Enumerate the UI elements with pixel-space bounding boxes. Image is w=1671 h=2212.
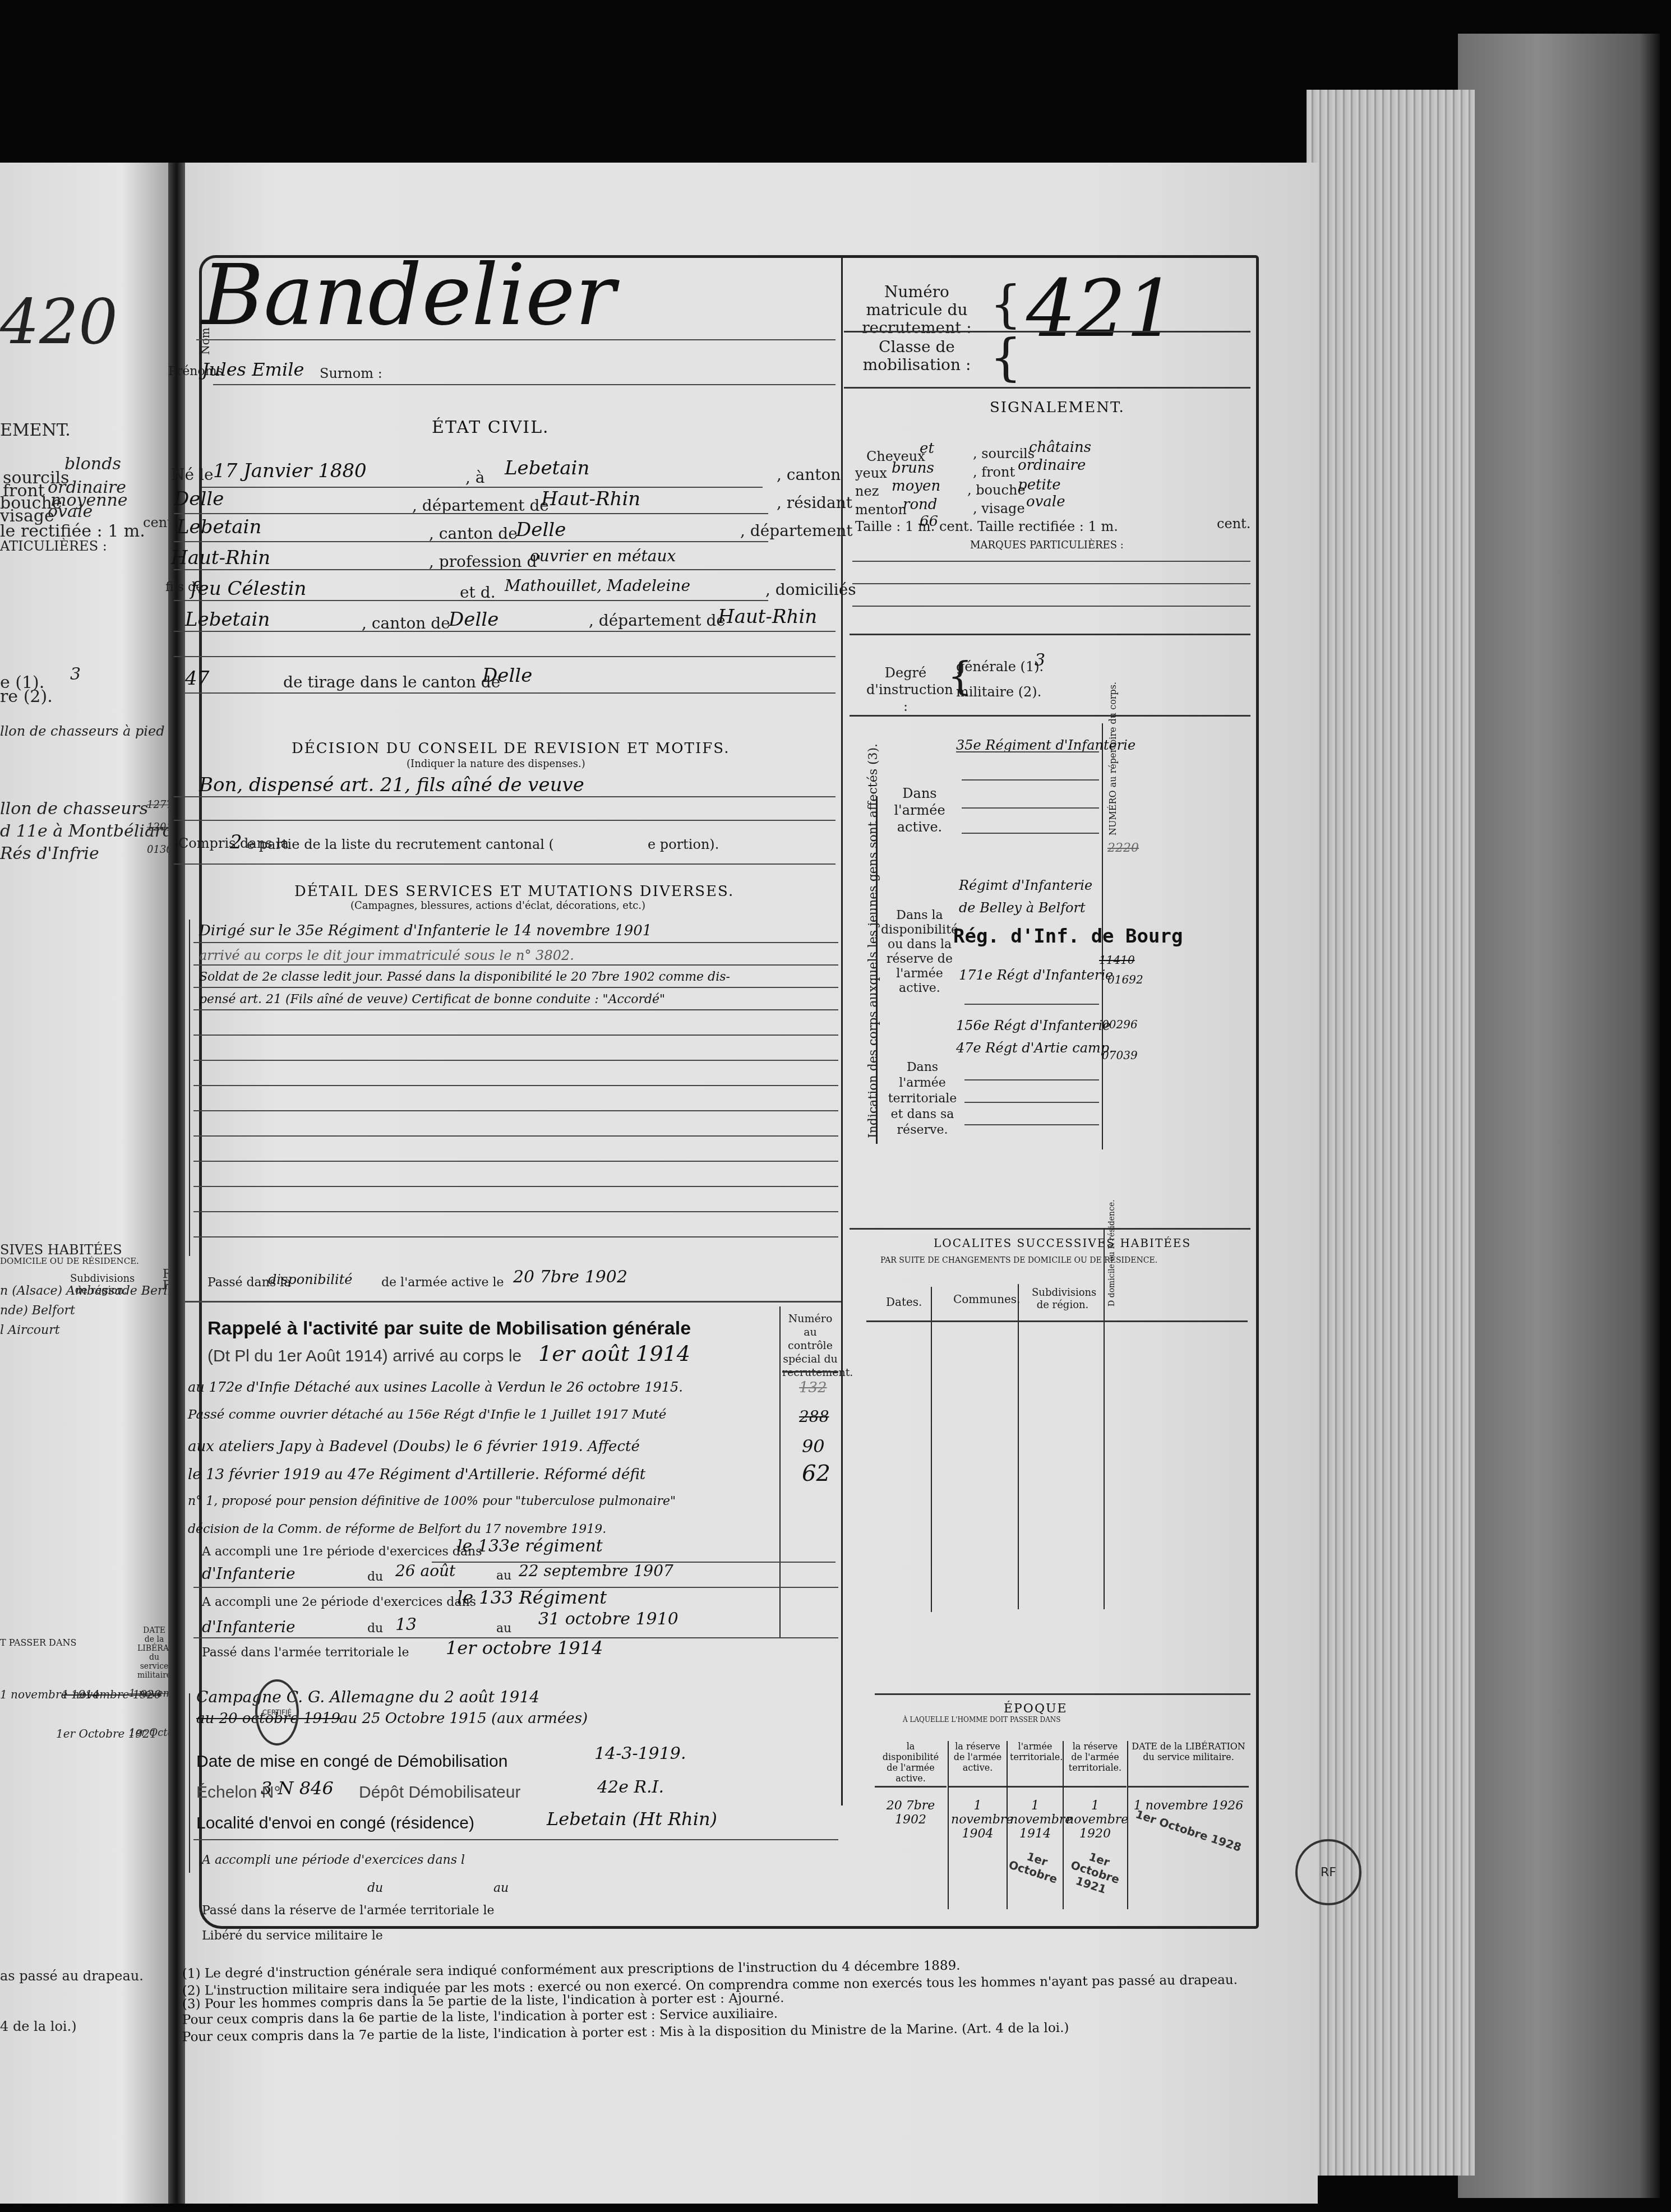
service-line: pensé art. 21 (Fils aîné de veuve) Certi… [199,992,665,1006]
controle-value: 132 [799,1379,827,1396]
territoriale-date: 1er octobre 1914 [446,1637,603,1659]
field-line [964,1004,1099,1005]
left-footnote: 4 de la loi.) [0,2019,77,2034]
menton-value: rond [903,496,937,513]
rappel-line2-print: (Dt Pl du 1er Août 1914) arrivé au corps… [207,1347,521,1366]
tirage-canton: Delle [482,664,532,687]
instruction-label: Degré d'instruction : [866,664,945,715]
field-line [174,513,768,514]
left-corps-line: llon de chasseurs [0,799,148,819]
canton-de-label: , canton de [362,614,450,632]
etat-civil-heading: ÉTAT CIVIL. [432,418,550,437]
passe-dispo-word: disponibilité [268,1272,353,1287]
demob-label: Date de mise en congé de Démobilisation [196,1752,507,1771]
epoque-column: la disponibilité de l'armée active.20 7b… [875,1741,947,1909]
field-line [852,606,1250,607]
rf-stamp: RF [1295,1839,1361,1905]
field-line [193,987,838,988]
matricule-divider [844,331,1250,333]
front-label: , front [973,464,1015,480]
struck-number: 2220 [1107,841,1139,855]
epoque-column-value: 1 novembre 1920 [1064,1799,1127,1841]
left-localites-sub: DOMICILE OU DE RÉSIDENCE. [0,1256,139,1266]
periode1-label: A accompli une 1re période d'exercices d… [202,1545,482,1559]
conseil-heading: DÉCISION DU CONSEIL DE REVISION ET MOTIF… [292,740,730,757]
epoque-heading: ÉPOQUE [1004,1702,1068,1716]
field-line [852,561,1250,562]
left-localite-row: nde) Belfort [0,1304,75,1318]
depot-value: 42e R.I. [597,1777,664,1797]
periode2-corps: le 133 Régiment [457,1587,607,1608]
conseil-decision: Bon, dispensé art. 21, fils aîné de veuv… [199,774,584,796]
field-line [202,487,763,488]
birth-date: 17 Janvier 1880 [213,460,367,482]
services-margin-line [189,920,190,1256]
localites-col-divider [1104,1228,1105,1609]
services-heading: DÉTAIL DES SERVICES ET MUTATIONS DIVERSE… [294,883,734,900]
epoque-top-rule [875,1693,1250,1695]
instruction-generale-label: générale (1). [956,659,1044,675]
field-line [193,1135,838,1137]
section-divider [850,1228,1250,1230]
field-line [193,1236,838,1237]
register-cover [1458,34,1660,2198]
domicilies-label: , domiciliés [765,580,856,599]
rappel-line: n° 1, proposé pour pension définitive de… [188,1494,676,1508]
territoriale-label: Passé dans l'armée territoriale le [202,1646,409,1660]
field-line [193,1110,838,1111]
periode-vide-au: au [493,1881,509,1895]
surnom-label: Surnom : [320,366,382,381]
prenoms-value: Jules Emile [202,359,304,380]
localite-value: Lebetain (Ht Rhin) [547,1808,717,1830]
rappel-line: décision de la Comm. de réforme de Belfo… [188,1522,606,1536]
tirage-label: de tirage dans le canton de [283,673,500,691]
reserve-terr-label: Passé dans la réserve de l'armée territo… [202,1904,495,1918]
periode2-au: au [496,1622,511,1636]
service-line: arrivé au corps le dit jour immatriculé … [199,948,574,963]
taille-rect-label: cent. Taille rectifiée : 1 m. [939,519,1118,534]
marques-label: MARQUES PARTICULIÈRES : [970,539,1124,551]
epoque-column-label: la réserve de l'armée active. [949,1741,1007,1788]
echelon-value: 3 N 846 [261,1777,334,1799]
periode-vide-du: du [367,1881,383,1895]
field-line [193,964,838,966]
parents-dept: Haut-Rhin [718,606,817,628]
rf-stamp-text: RF [1321,1865,1336,1879]
field-line [193,1085,838,1086]
campagne-line1: Campagne C. G. Allemagne du 2 août 1914 [196,1688,539,1706]
periode2-corps-line2: d'Infanterie [202,1618,296,1636]
left-passer-dans: T PASSER DANS [0,1637,76,1648]
field-line [964,1124,1099,1125]
rappel-title: Rappelé à l'activité par suite de Mobili… [207,1318,691,1340]
field-line [962,807,1099,809]
epoque-column-label: la disponibilité de l'armée active. [875,1741,947,1788]
periode1-from: 26 août [395,1562,455,1580]
controle-header: Numéro au contrôle spécial du recrutemen… [782,1312,838,1379]
cheveux-value: et [920,440,934,457]
field-line [193,942,838,943]
periode1-to: 22 septembre 1907 [519,1562,673,1580]
section-divider [850,634,1250,635]
field-line [193,1839,838,1840]
departement-label: , département [740,521,853,540]
field-line [962,833,1099,834]
active-label: Dans l'armée active. [883,785,956,835]
localites-header-rule [866,1320,1248,1322]
periode1-corps-line2: d'Infanterie [202,1564,296,1583]
father-name: feu Célestin [191,578,306,600]
epoque-column-label: DATE de la LIBÉRATION du service militai… [1128,1741,1249,1788]
residant-label: , résidant [777,493,852,512]
periode2-to: 31 octobre 1910 [538,1609,678,1629]
canton-label: , canton [777,465,841,484]
demob-date: 14-3-1919. [594,1744,686,1763]
periode1-du: du [367,1570,383,1584]
epoque-column: la réserve de l'armée active.1 novembre … [948,1741,1007,1909]
epoque-subheading: À LAQUELLE L'HOMME DOIT PASSER DANS [903,1716,1061,1724]
field-line [193,1060,838,1061]
cent-label: cent. [1217,516,1250,532]
visage-label: , visage [973,501,1025,516]
residence-dept: Haut-Rhin [171,547,270,569]
controle-rule [782,1371,838,1373]
left-sourcils: blonds [64,454,121,474]
rappel-line: aux ateliers Japy à Badevel (Doubs) le 6… [188,1438,640,1455]
field-line [174,569,835,570]
left-localite-row: n (Alsace) Ambassade Berlin [0,1284,179,1298]
mother-label: et d. [460,583,496,602]
service-line: Soldat de 2e classe ledit jour. Passé da… [199,970,730,984]
residence-canton: Delle [516,519,566,541]
bouche-label: , bouche [967,482,1026,498]
field-line [852,583,1250,584]
matricule-brace: { [990,275,1022,334]
rappel-line: Passé comme ouvrier détaché au 156e Régt… [188,1407,666,1422]
passe-dispo-date: 20 7bre 1902 [513,1267,627,1287]
localites-col-divider [1018,1284,1019,1609]
menton-label: menton [855,502,907,518]
periode2-du: du [367,1622,383,1636]
field-line [174,656,835,657]
passe-dispo-mid: de l'armée active le [381,1276,504,1290]
field-line [193,1161,838,1162]
controle-value: 62 [802,1461,830,1486]
left-date-lib-header: DATE de la LIBÉRATION du service militai… [137,1626,171,1680]
compris-rest: e partie de la liste du recrutement cant… [247,837,554,852]
classe-divider [844,387,1250,389]
localites-dr-header: D domicile ou R résidence. [1107,1199,1116,1306]
field-line [174,863,835,865]
dispo-corps: 171e Régt d'Infanterie [959,967,1113,983]
stamp-text: CERTIFIÉ [262,1708,292,1716]
profession-label: , profession d' [429,552,541,571]
yeux-label: yeux [855,465,887,481]
rappel-line: le 13 février 1919 au 47e Régiment d'Art… [188,1466,645,1483]
parents-canton: Delle [449,608,498,631]
canton-de-label: , canton de [429,524,518,543]
periode1-au: au [496,1569,511,1583]
terr-corps: 47e Régt d'Artie camp. [956,1040,1114,1056]
localites-col-dates: Dates. [886,1295,922,1309]
terr-number: 00296 [1102,1018,1138,1031]
campagne-line2: au 25 Octobre 1915 (aux armées) [339,1710,588,1727]
conseil-subheading: (Indiquer la nature des dispenses.) [407,758,585,770]
terr-number: 07039 [1102,1049,1138,1062]
localites-col-communes: Communes. [953,1292,1021,1306]
certification-stamp: CERTIFIÉ [255,1679,299,1745]
dept-label: , département de [412,496,549,515]
localites-heading: LOCALITES SUCCESSIVES HABITÉES [934,1236,1191,1250]
field-line [174,600,768,601]
field-line [174,820,835,821]
classe-label: Classe de mobilisation : [847,338,987,374]
classe-brace: { [990,328,1022,387]
left-gen-value: 3 [70,664,81,684]
field-line [185,692,835,694]
epoque-column-value: 20 7bre 1902 [875,1799,947,1827]
periode2-from: 13 [395,1615,417,1634]
field-line [193,1211,838,1212]
column-divider [841,258,843,1805]
signalement-heading: SIGNALEMENT. [990,399,1125,416]
terr-label: Dans l'armée territoriale et dans sa rés… [883,1060,962,1138]
epoque-column-stamp: 1er Octobre [1005,1844,1065,1887]
dept-label: , département de [589,611,726,630]
dispo-number: 01692 [1107,973,1143,986]
field-line [964,1079,1099,1080]
dispo-number: 11410 [1099,953,1135,967]
periode1-corps: le 133e régiment [457,1536,603,1556]
epoque-column: DATE de la LIBÉRATION du service militai… [1127,1741,1249,1909]
dispo-corps: Régimt d'Infanterie [959,878,1092,893]
left-footnote: as passé au drapeau. [0,1968,144,1984]
parents-domicile: Lebetain [185,608,270,631]
nom-line [196,339,835,340]
rappel-arrival-date: 1er août 1914 [538,1341,690,1366]
field-line [962,779,1099,781]
field-line [964,1102,1099,1103]
localites-col-divider [931,1287,932,1612]
nez-label: nez [855,483,879,499]
birth-place-label: , à [465,468,485,487]
portion-label: e portion). [648,837,719,852]
left-localites-heading: SIVES HABITÉES [0,1242,122,1258]
dispo-label: Dans la disponibilité ou dans la réserve… [880,908,959,996]
epoque-column-value: 1 novembre 1914 [1008,1799,1063,1841]
left-corps-line: Rés d'Infrie [0,844,99,863]
epoque-column-stamp: 1er Octobre 1928 [1129,1805,1248,1855]
instruction-generale-value: 3 [1035,650,1045,670]
field-line [193,1186,838,1187]
localite-label: Localité d'envoi en congé (résidence) [196,1814,474,1833]
taille-value: 66 [920,513,938,530]
epoque-column-value: 1 novembre 1904 [949,1799,1007,1841]
visage-value: ovale [1026,493,1065,510]
nez-value: moyen [892,478,940,495]
sourcils-value: châtains [1029,439,1091,456]
active-corps: 35e Régiment d'Infanterie [956,737,1135,753]
controle-value: 288 [799,1407,829,1426]
periode-vide-label: A accompli une période d'exercices dans … [202,1853,465,1867]
corps-margin-line [876,796,878,1144]
field-line [193,1009,838,1010]
left-matricule: 420 [0,286,118,358]
page-frame-border [199,255,1259,1929]
terr-corps: 156e Régt d'Infanterie [956,1018,1110,1033]
left-corps-line: llon de chasseurs à pied [0,723,165,739]
matricule-value: 421 [1026,264,1176,355]
yeux-value: bruns [892,460,934,477]
field-line [174,631,835,632]
section-line [185,1301,841,1303]
partie-value: 2 [230,831,242,853]
profession: ouvrier en métaux [530,547,676,565]
epoque-column-label: l'armée territoriale. [1008,1741,1063,1788]
left-page-previous-record: 420 EMENT. sourcils blonds front ordinai… [0,163,174,2204]
left-marques: ATICULIÈRES : [0,538,107,554]
field-line [193,1035,838,1036]
libere-label: Libéré du service militaire le [202,1929,383,1943]
services-subheading: (Campagnes, blessures, actions d'éclat, … [350,900,645,912]
left-visage: ovale [48,502,93,521]
prenoms-line [213,384,835,385]
epoque-column-stamp: 1er Octobre 1921 [1059,1843,1132,1901]
left-localite-row: l Aircourt [0,1323,60,1337]
epoque-column-label: la réserve de l'armée territoriale. [1064,1741,1127,1788]
numero-header: NUMÉRO au répertoire du corps. [1107,682,1118,835]
field-line [956,751,1099,752]
bouche-value: petite [1018,477,1061,493]
ne-le-label: Né le [171,465,214,484]
instruction-militaire-label: militaire (2). [956,684,1041,700]
field-line [174,541,768,542]
birth-canton: Delle [174,488,224,510]
epoque-column: l'armée territoriale.1 novembre 19141er … [1007,1741,1063,1909]
depot-label: Dépôt Démobilisateur [359,1783,520,1802]
campagne-margin [189,1693,190,1873]
service-line: Dirigé sur le 35e Régiment d'Infanterie … [199,922,652,939]
residence: Lebetain [177,516,261,538]
epoque-column: la réserve de l'armée territoriale.1 nov… [1063,1741,1127,1909]
mother-name: Mathouillet, Madeleine [505,576,690,595]
matricule-label: Numéro matricule du recrutement : [847,283,987,337]
section-divider [850,715,1250,717]
birth-place: Lebetain [505,457,589,479]
rappel-line: au 172e d'Infie Détaché aux usines Lacol… [188,1379,683,1395]
tirage-number: 47 [185,667,209,690]
front-value: ordinaire [1018,457,1086,474]
nom-value: Bandelier [202,247,615,344]
birth-dept: Haut-Rhin [541,488,640,510]
dispo-corps: de Belley à Belfort [959,900,1086,916]
periode2-label: A accompli une 2e période d'exercices da… [202,1595,476,1609]
corps-affectes-vertical-label: Indication des corps auxquels les jeunes… [866,744,880,1138]
left-signalement-heading: EMENT. [0,421,71,440]
controle-value: 90 [802,1435,825,1457]
localites-col-subdivisions: Subdivisions de région. [1032,1287,1093,1312]
left-mil-label: re (2). [0,687,53,706]
dispo-corps-stamp: Rég. d'Inf. de Bourg [953,925,1183,948]
field-line [174,796,835,797]
